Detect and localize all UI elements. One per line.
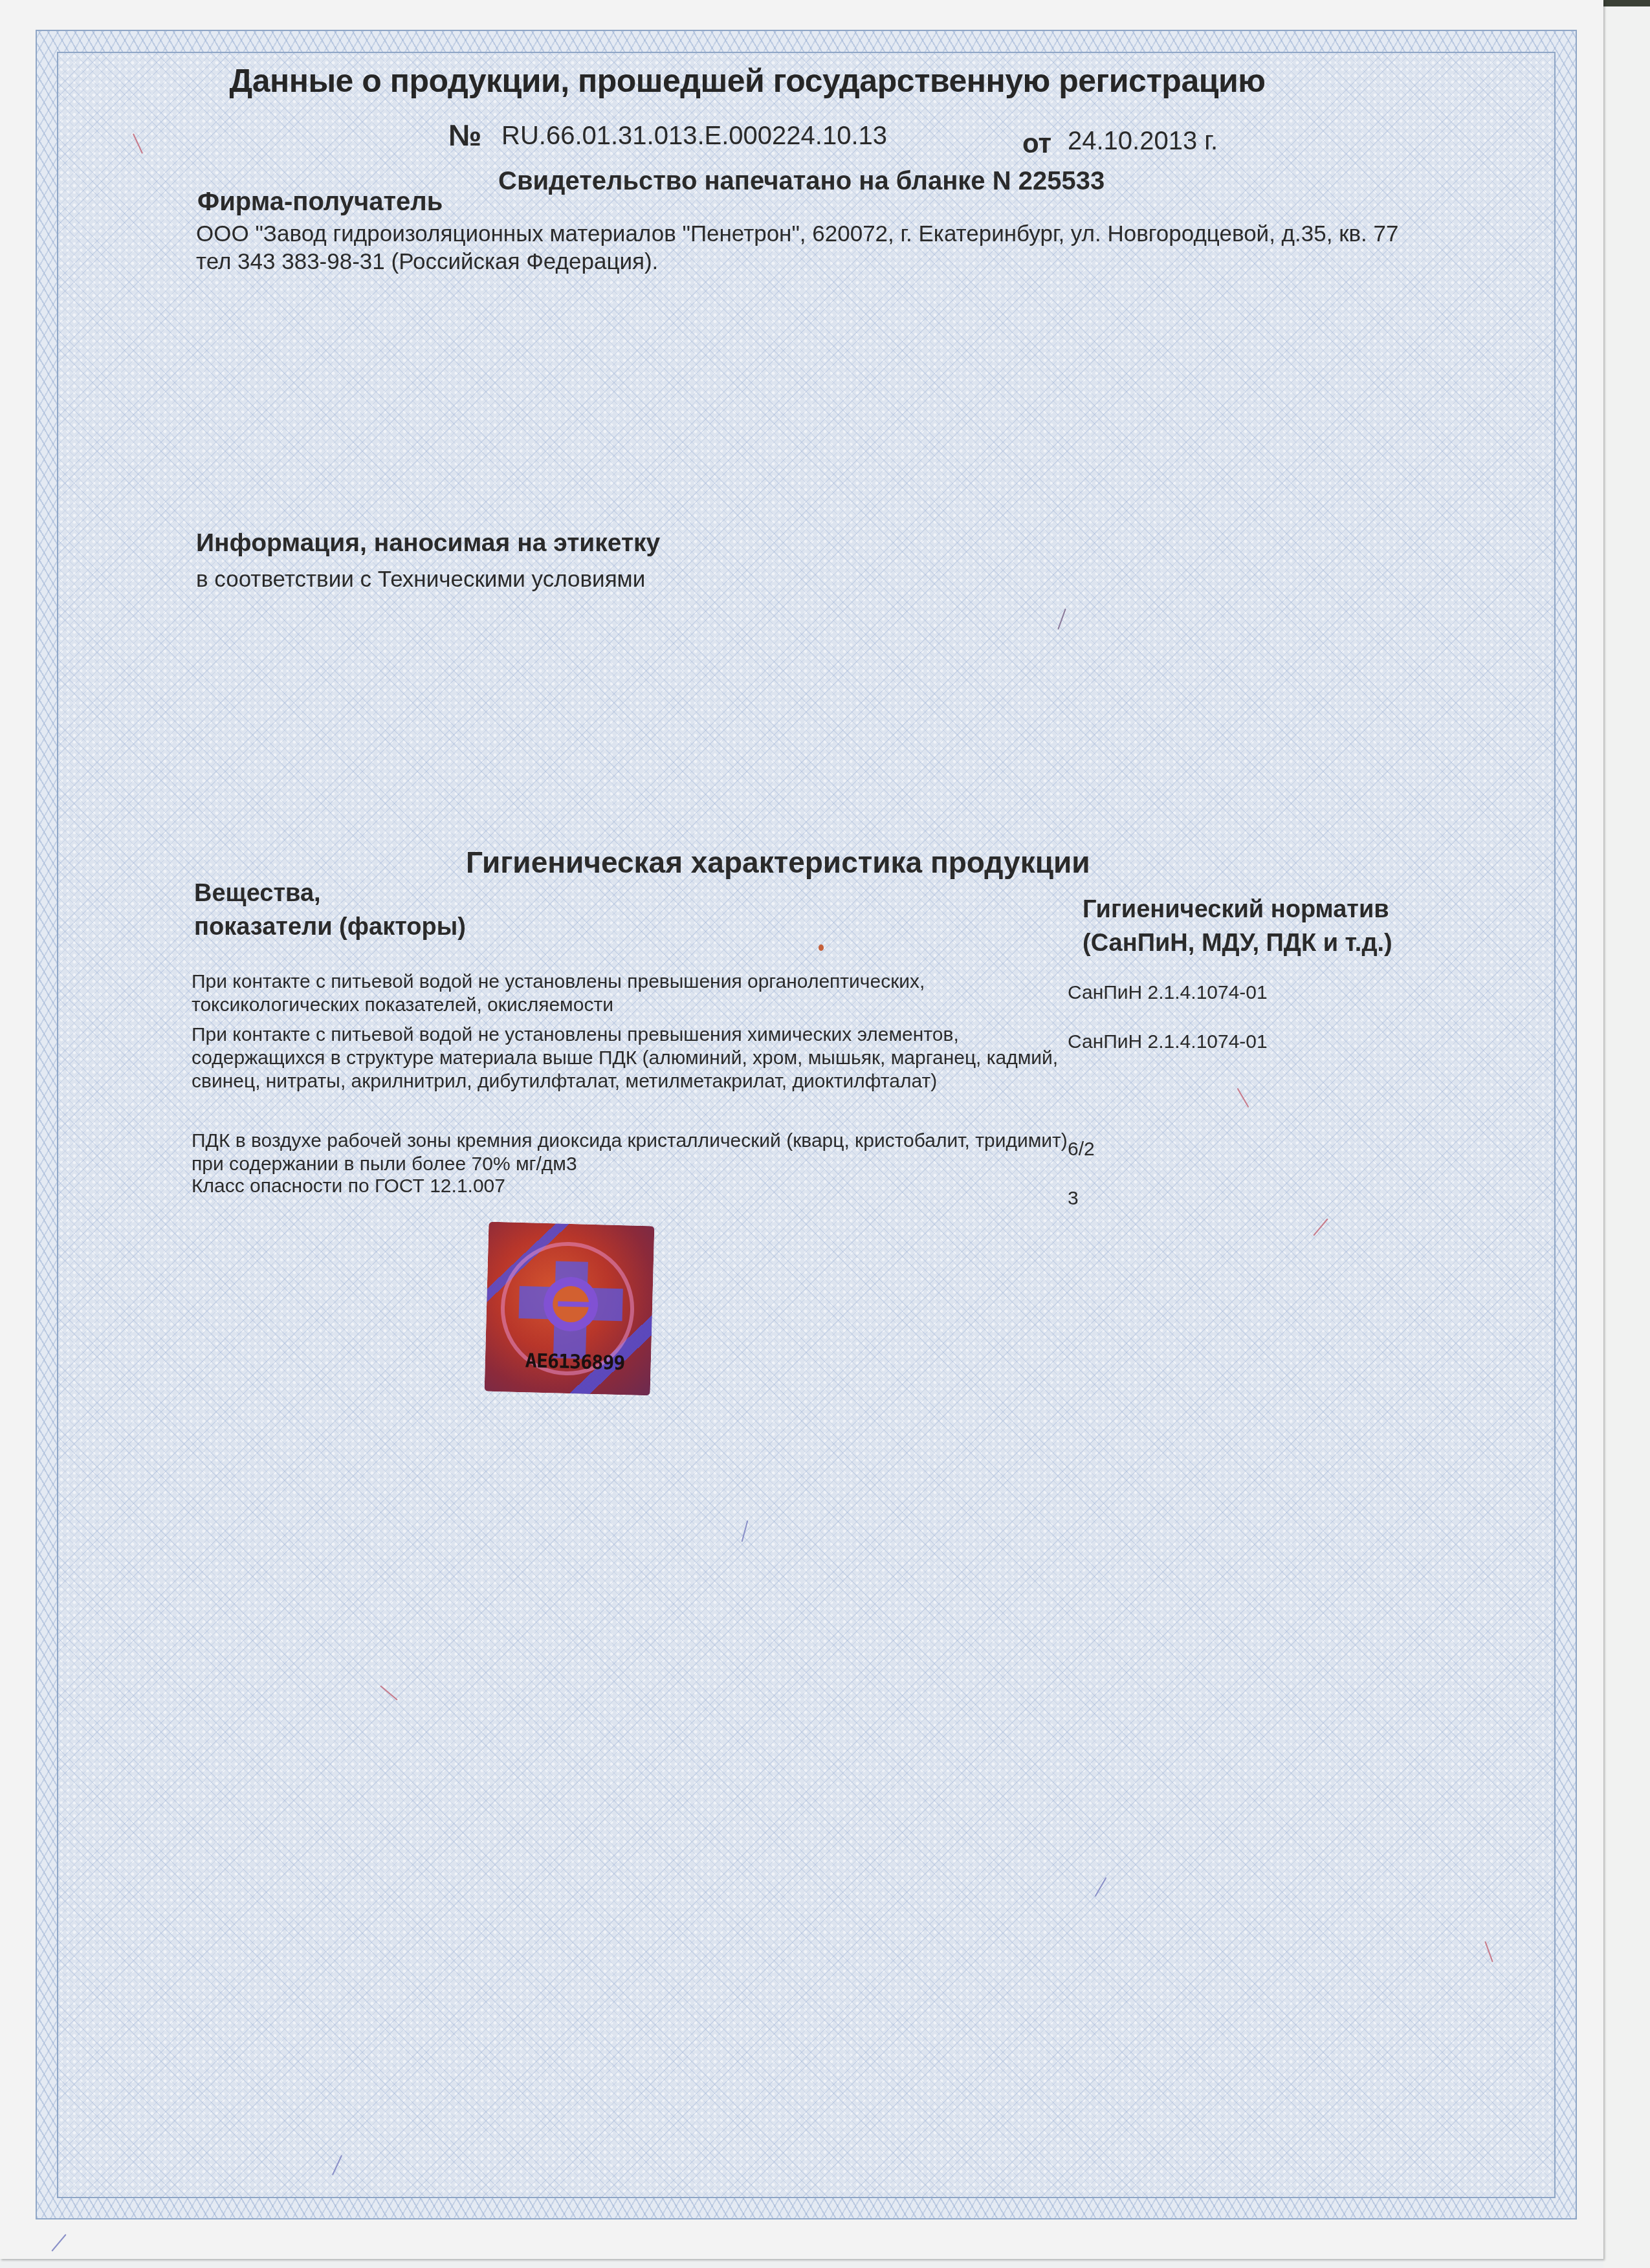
recipient-text: ООО "Завод гидроизоляционных материалов …: [196, 220, 1425, 276]
norm-cell: 3: [1068, 1188, 1079, 1210]
substance-cell: При контакте с питьевой водой не установ…: [192, 970, 1084, 1017]
substances-column-header: Вещества, показатели (факторы): [194, 877, 466, 944]
security-fiber: [742, 1520, 749, 1542]
security-fiber: [819, 944, 824, 951]
registration-date-label: от: [1022, 128, 1051, 159]
registration-number-label: №: [448, 118, 481, 153]
blank-number-note: Свидетельство напечатано на бланке N 225…: [498, 167, 1105, 196]
substance-cell: ПДК в воздухе рабочей зоны кремния диокс…: [192, 1129, 1084, 1176]
security-fiber: [1237, 1088, 1249, 1107]
security-fiber: [1057, 609, 1066, 630]
security-fiber: [380, 1685, 397, 1700]
norm-header-line: Гигиенический норматив: [1083, 893, 1392, 926]
label-info-text: в соответствии с Техническими условиями: [196, 567, 645, 593]
hologram-serial: AE6136899: [525, 1349, 624, 1375]
security-fiber: [1095, 1877, 1107, 1897]
norm-header-line: (СанПиН, МДУ, ПДК и т.д.): [1083, 926, 1392, 960]
hologram-emblem-bar: [558, 1302, 590, 1307]
security-fiber: [1313, 1218, 1328, 1236]
substances-header-line: показатели (факторы): [194, 910, 466, 944]
security-fiber: [332, 2155, 342, 2175]
document-title: Данные о продукции, прошедшей государств…: [0, 62, 1572, 100]
substance-cell: При контакте с питьевой водой не установ…: [192, 1023, 1084, 1093]
recipient-label: Фирма-получатель: [197, 188, 443, 217]
document-content: Данные о продукции, прошедшей государств…: [0, 0, 1650, 2268]
security-fiber: [1484, 1941, 1493, 1963]
security-fiber: [51, 2234, 66, 2251]
norm-cell: СанПиН 2.1.4.1074-01: [1068, 982, 1268, 1004]
norm-cell: 6/2: [1068, 1139, 1095, 1161]
registration-date: 24.10.2013 г.: [1068, 127, 1218, 156]
registration-number: RU.66.01.31.013.E.000224.10.13: [501, 122, 887, 151]
hologram-seal-icon: AE6136899: [485, 1222, 655, 1396]
norm-cell: СанПиН 2.1.4.1074-01: [1068, 1031, 1268, 1053]
norm-column-header: Гигиенический норматив (СанПиН, МДУ, ПДК…: [1083, 893, 1392, 960]
substance-cell: Класс опасности по ГОСТ 12.1.007: [192, 1175, 1084, 1198]
security-fiber: [133, 133, 143, 154]
hygiene-section-title: Гигиеническая характеристика продукции: [466, 845, 1090, 880]
label-info-title: Информация, наносимая на этикетку: [196, 529, 660, 558]
substances-header-line: Вещества,: [194, 877, 466, 910]
